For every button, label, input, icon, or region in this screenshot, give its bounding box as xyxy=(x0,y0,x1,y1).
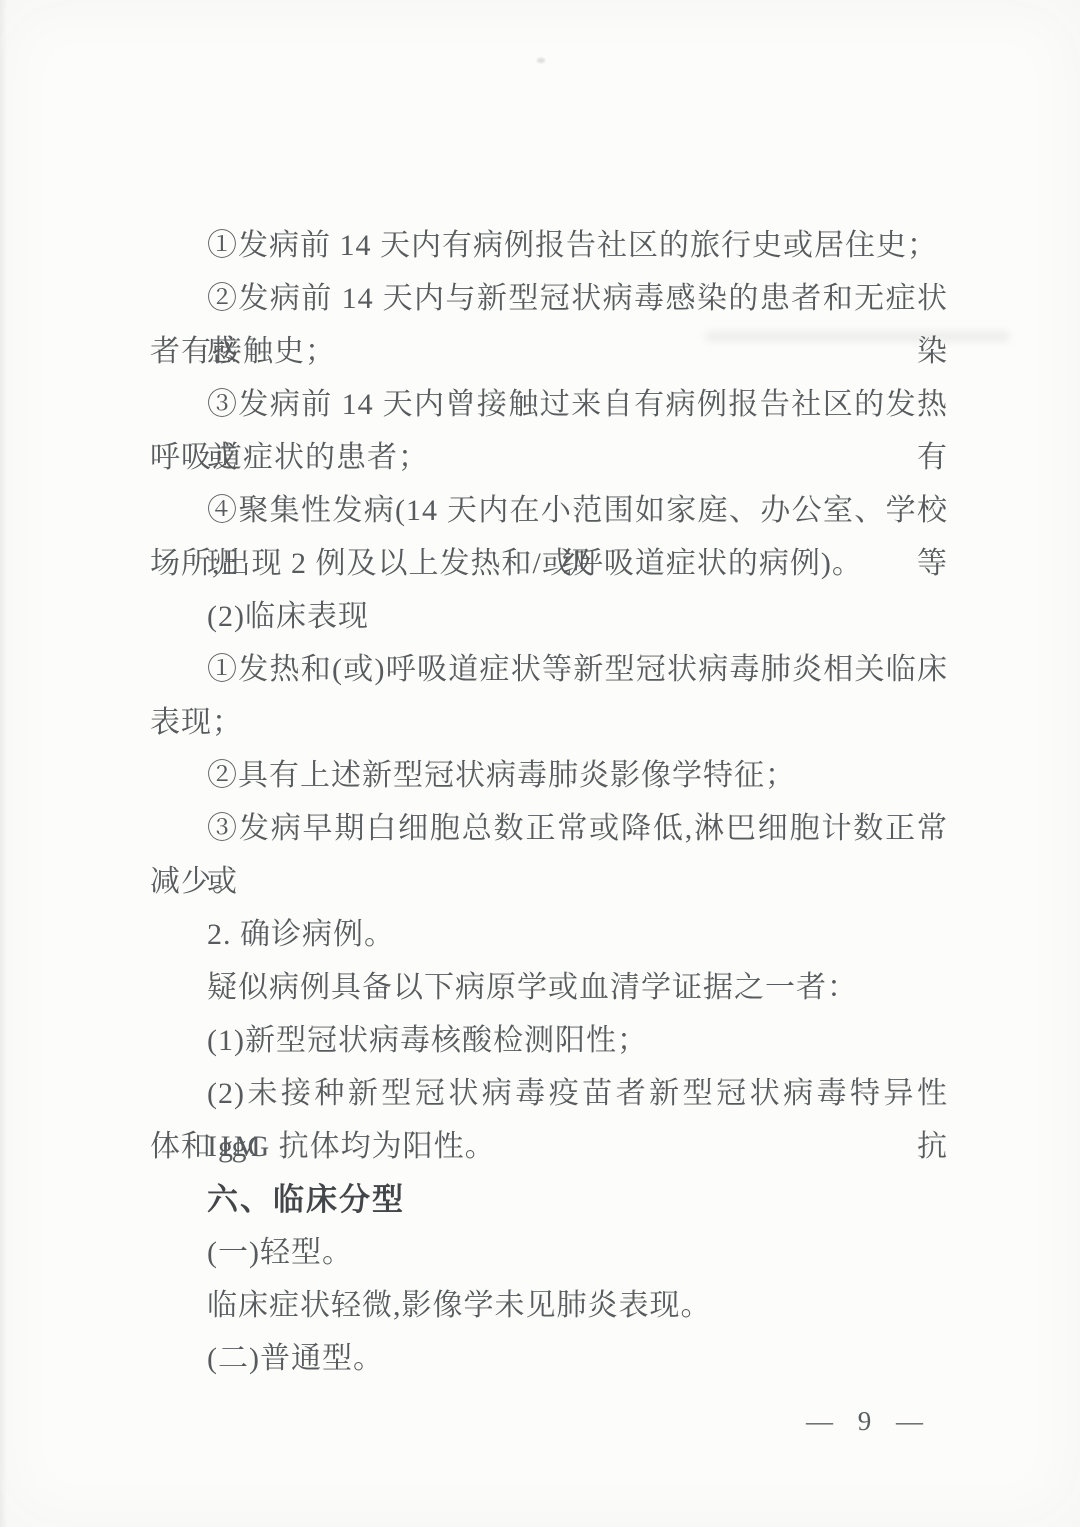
scan-speck-artifact xyxy=(537,58,545,63)
scan-edge-shading xyxy=(0,0,7,1527)
body-line: 2. 确诊病例。 xyxy=(150,908,948,961)
document-page: ①发病前 14 天内有病例报告社区的旅行史或居住史； ②发病前 14 天内与新型… xyxy=(0,0,1080,1527)
body-line: 场所,出现 2 例及以上发热和/或呼吸道症状的病例)。 xyxy=(150,537,948,590)
body-line: ③发病早期白细胞总数正常或降低,淋巴细胞计数正常或 xyxy=(150,802,948,855)
page-number: — 9 — xyxy=(806,1406,932,1437)
body-line: ③发病前 14 天内曾接触过来自有病例报告社区的发热或有 xyxy=(150,378,948,431)
body-line: 减少。 xyxy=(150,855,948,908)
body-line: 疑似病例具备以下病原学或血清学证据之一者： xyxy=(150,961,948,1014)
body-line: (2)未接种新型冠状病毒疫苗者新型冠状病毒特异性 IgM 抗 xyxy=(150,1067,948,1120)
body-line: (二)普通型。 xyxy=(150,1332,948,1385)
body-line: (1)新型冠状病毒核酸检测阳性； xyxy=(150,1014,948,1067)
body-line: 表现； xyxy=(150,696,948,749)
document-body: ①发病前 14 天内有病例报告社区的旅行史或居住史； ②发病前 14 天内与新型… xyxy=(150,219,948,1385)
body-line: (一)轻型。 xyxy=(150,1226,948,1279)
body-line: ②发病前 14 天内与新型冠状病毒感染的患者和无症状感染 xyxy=(150,272,948,325)
body-line: ④聚集性发病(14 天内在小范围如家庭、办公室、学校班级等 xyxy=(150,484,948,537)
body-line: ②具有上述新型冠状病毒肺炎影像学特征； xyxy=(150,749,948,802)
section-heading: 六、临床分型 xyxy=(150,1173,948,1226)
body-line: 临床症状轻微,影像学未见肺炎表现。 xyxy=(150,1279,948,1332)
body-line: ①发病前 14 天内有病例报告社区的旅行史或居住史； xyxy=(150,219,948,272)
body-line: ①发热和(或)呼吸道症状等新型冠状病毒肺炎相关临床 xyxy=(150,643,948,696)
body-line: (2)临床表现 xyxy=(150,590,948,643)
